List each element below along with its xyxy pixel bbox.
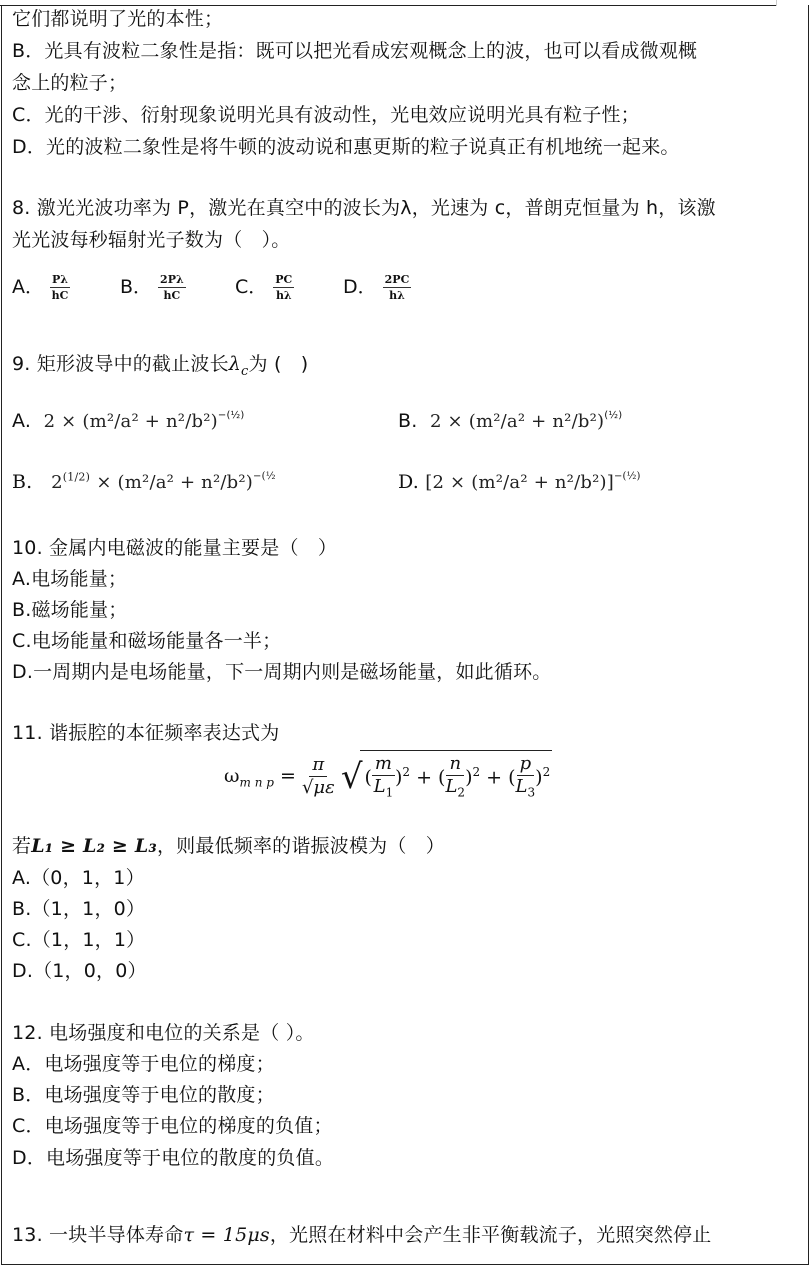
q12-option-c: C．电场强度等于电位的梯度的负值； <box>12 1114 333 1138</box>
q10-option-a: A.电场能量； <box>12 567 127 591</box>
option-c: C．光的干涉、衍射现象说明光具有波动性，光电效应说明光具有粒子性； <box>12 103 640 127</box>
q11-option-a: A.（0，1，1） <box>12 866 145 890</box>
q9-option-c: B. 2(1/2) × (m²/a² + n²/b²)−(½ <box>12 465 276 495</box>
option-label: A． <box>12 276 44 298</box>
continuation-line: 它们都说明了光的本性； <box>12 7 223 31</box>
q9-option-d: D. [2 × (m²/a² + n²/b²)]−(½) <box>398 465 641 495</box>
q10-option-d: D.一周期内是电场能量，下一周期内则是磁场能量，如此循环。 <box>12 660 551 684</box>
q9-stem: 9. 矩形波导中的截止波长λc为 ( ) <box>12 352 308 384</box>
q10-stem: 10. 金属内电磁波的能量主要是（ ） <box>12 536 337 560</box>
q8-stem-line2: 光光波每秒辐射光子数为（ ）。 <box>12 228 291 252</box>
option-label: C． <box>235 276 267 298</box>
fraction: 2PλhC <box>158 273 186 302</box>
lambda-symbol: λ <box>229 353 241 375</box>
sqrt-body: (mL1)2 + (nL2)2 + (pL3)2 <box>360 750 552 804</box>
q11-option-d: D.（1，0，0） <box>12 959 147 983</box>
q8-stem-line1: 8. 激光光波功率为 P，激光在真空中的波长为λ，光速为 c，普朗克恒量为 h，… <box>12 196 716 220</box>
q12-option-d: D．电场强度等于电位的散度的负值。 <box>12 1146 334 1170</box>
coefficient-fraction: π√με <box>302 754 335 799</box>
q12-option-b: B．电场强度等于电位的散度； <box>12 1083 275 1107</box>
option-d: D．光的波粒二象性是将牛顿的波动说和惠更斯的粒子说真正有机地统一起来。 <box>12 135 680 159</box>
option-label: B． <box>120 276 152 298</box>
q11-option-c: C.（1，1，1） <box>12 928 145 952</box>
q11-option-b: B.（1，1，0） <box>12 897 145 921</box>
q11-formula: ωm n p = π√με √ (mL1)2 + (nL2)2 + (pL3)2 <box>224 750 552 820</box>
q8-option-c: C．PChλ <box>235 272 294 302</box>
option-label: D． <box>343 276 377 298</box>
q13-stem: 13. 一块半导体寿命τ = 15μs，光照在材料中会产生非平衡载流子，光照突然… <box>12 1223 711 1247</box>
q10-option-c: C.电场能量和磁场能量各一半； <box>12 629 281 653</box>
option-b-line1: B．光具有波粒二象性是指：既可以把光看成宏观概念上的波，也可以看成微观概 <box>12 39 697 63</box>
q11-condition: 若L₁ ≥ L₂ ≥ L₃，则最低频率的谐振波模为（ ） <box>12 834 445 858</box>
option-b-line2: 念上的粒子； <box>12 71 127 95</box>
q8-option-d: D．2PChλ <box>343 272 411 302</box>
q12-option-a: A．电场强度等于电位的梯度； <box>12 1052 275 1076</box>
q8-option-a: A．PλhC <box>12 272 70 302</box>
q12-stem: 12. 电场强度和电位的关系是（ ）。 <box>12 1021 315 1045</box>
lifetime-value: τ = 15μs <box>183 1224 269 1246</box>
q8-option-b: B．2PλhC <box>120 272 186 302</box>
q9-option-a: A. 2 × (m²/a² + n²/b²)−(½) <box>12 404 245 434</box>
fraction: PλhC <box>50 273 70 302</box>
q11-stem: 11. 谐振腔的本征频率表达式为 <box>12 721 279 745</box>
q10-option-b: B.磁场能量； <box>12 598 127 622</box>
fraction: PChλ <box>273 273 294 302</box>
fraction: 2PChλ <box>383 273 412 302</box>
q9-option-b: B. 2 × (m²/a² + n²/b²)(½) <box>398 404 622 434</box>
